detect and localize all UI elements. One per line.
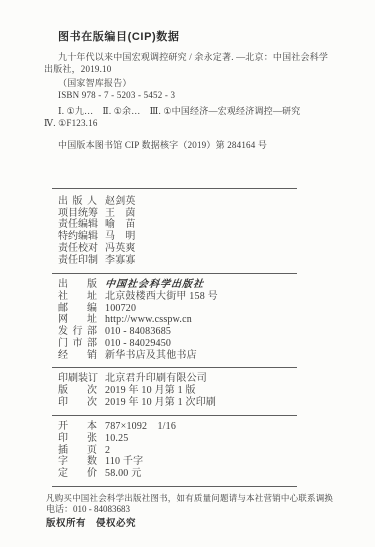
row-value: 赵剑英 xyxy=(105,196,136,208)
service-phone: 电话：010 - 84083683 xyxy=(46,504,375,516)
section-divider xyxy=(52,273,297,274)
row-label: 邮 编 xyxy=(58,303,97,315)
copyright-page: 图书在版编目(CIP)数据 九十年代以来中国宏观调控研究 / 余永定著. —北京… xyxy=(0,0,375,547)
publisher-logotype: 中国社会科学出版社 xyxy=(104,279,204,291)
publisher-row-address: 社 址 北京鼓楼西大街甲 158 号 xyxy=(58,291,375,303)
cip-description-line-2: 出版社，2019.10 xyxy=(44,63,375,75)
row-label: 出 版 xyxy=(58,279,97,291)
format-row-inserts: 插 页 2 xyxy=(58,445,375,457)
row-label: 字 数 xyxy=(58,456,97,468)
section-divider xyxy=(52,367,297,368)
row-label: 印 张 xyxy=(58,433,97,445)
quality-notice: 凡购买中国社会科学出版社图书，如有质量问题请与本社营销中心联系调换 电话：010… xyxy=(46,493,375,530)
row-value: 王 茵 xyxy=(105,208,136,220)
row-value: 58.00 元 xyxy=(105,468,141,480)
row-label: 印刷装订 xyxy=(58,373,97,385)
row-value: 2 xyxy=(105,445,110,457)
publisher-row-website: 网 址 http://www.csspw.cn xyxy=(58,314,375,326)
row-label: 出 版 人 xyxy=(58,196,97,208)
row-value: 北京鼓楼西大街甲 158 号 xyxy=(105,291,218,303)
credits-row-proofreader: 责任校对 冯英爽 xyxy=(58,243,375,255)
row-label: 社 址 xyxy=(58,291,97,303)
copyright-statement: 版权所有 侵权必究 xyxy=(46,518,375,530)
publisher-row-imprint: 出 版 中国社会科学出版社 xyxy=(58,279,375,291)
row-label: 经 销 xyxy=(58,350,97,362)
row-label: 插 页 xyxy=(58,445,97,457)
row-value: 787×1092 1/16 xyxy=(105,421,176,433)
row-label: 特约编辑 xyxy=(58,231,97,243)
section-divider xyxy=(52,415,297,416)
printing-row-edition: 版 次 2019 年 10 月第 1 版 xyxy=(58,385,375,397)
cip-header: 图书在版编目(CIP)数据 xyxy=(58,31,375,44)
row-value: 李寡寡 xyxy=(105,255,136,267)
format-row-word-count: 字 数 110 千字 xyxy=(58,456,375,468)
credits-section: 出 版 人 赵剑英 项目统筹 王 茵 责任编辑 喻 苗 特约编辑 马 明 责任校… xyxy=(0,196,375,266)
credits-row-special-editor: 特约编辑 马 明 xyxy=(58,231,375,243)
publisher-row-distributor: 经 销 新华书店及其他书店 xyxy=(58,350,375,362)
cip-classification-line-2: Ⅳ. ①F123.16 xyxy=(44,117,375,129)
format-row-trim-size: 开 本 787×1092 1/16 xyxy=(58,421,375,433)
cip-isbn: ISBN 978 - 7 - 5203 - 5452 - 3 xyxy=(58,89,375,101)
cip-description-line-1: 九十年代以来中国宏观调控研究 / 余永定著. —北京：中国社会科学 xyxy=(58,51,375,63)
row-value: 100720 xyxy=(105,303,136,315)
format-section: 开 本 787×1092 1/16 印 张 10.25 插 页 2 字 数 11… xyxy=(0,421,375,480)
format-row-sheets: 印 张 10.25 xyxy=(58,433,375,445)
row-value: 2019 年 10 月第 1 次印刷 xyxy=(105,397,216,409)
publisher-row-distribution-dept: 发 行 部 010 - 84083685 xyxy=(58,326,375,338)
section-divider xyxy=(52,486,297,487)
cip-series-note: （国家智库报告） xyxy=(58,77,375,89)
row-value: 2019 年 10 月第 1 版 xyxy=(105,385,196,397)
row-value: 新华书店及其他书店 xyxy=(105,350,197,362)
section-divider xyxy=(52,188,297,189)
cip-classification-line-1: Ⅰ. ①九… Ⅱ. ①余… Ⅲ. ①中国经济—宏观经济调控—研究 xyxy=(58,105,375,117)
printing-row-printer: 印刷装订 北京君升印刷有限公司 xyxy=(58,373,375,385)
credits-row-publisher-person: 出 版 人 赵剑英 xyxy=(58,196,375,208)
row-label: 项目统筹 xyxy=(58,208,97,220)
row-label: 门 市 部 xyxy=(58,338,97,350)
row-label: 责任编辑 xyxy=(58,219,97,231)
row-label: 印 次 xyxy=(58,397,97,409)
printing-section: 印刷装订 北京君升印刷有限公司 版 次 2019 年 10 月第 1 版 印 次… xyxy=(0,373,375,408)
row-value: 010 - 84029450 xyxy=(105,338,171,350)
format-row-price: 定 价 58.00 元 xyxy=(58,468,375,480)
row-value: 10.25 xyxy=(105,433,129,445)
publisher-section: 出 版 中国社会科学出版社 社 址 北京鼓楼西大街甲 158 号 邮 编 100… xyxy=(0,279,375,361)
row-label: 责任校对 xyxy=(58,243,97,255)
row-label: 定 价 xyxy=(58,468,97,480)
credits-row-responsible-editor: 责任编辑 喻 苗 xyxy=(58,219,375,231)
row-value: 110 千字 xyxy=(105,456,143,468)
cip-record-number: 中国版本图书馆 CIP 数据核字（2019）第 284164 号 xyxy=(58,139,375,151)
row-value: http://www.csspw.cn xyxy=(105,314,192,326)
row-value: 喻 苗 xyxy=(105,219,136,231)
row-label: 发 行 部 xyxy=(58,326,97,338)
credits-row-project-coordinator: 项目统筹 王 茵 xyxy=(58,208,375,220)
credits-row-print-supervisor: 责任印制 李寡寡 xyxy=(58,255,375,267)
publisher-row-postcode: 邮 编 100720 xyxy=(58,303,375,315)
row-value: 北京君升印刷有限公司 xyxy=(105,373,207,385)
row-label: 责任印制 xyxy=(58,255,97,267)
row-label: 网 址 xyxy=(58,314,97,326)
row-value: 马 明 xyxy=(105,231,136,243)
printing-row-impression: 印 次 2019 年 10 月第 1 次印刷 xyxy=(58,397,375,409)
row-value: 010 - 84083685 xyxy=(105,326,171,338)
row-label: 版 次 xyxy=(58,385,97,397)
quality-notice-text: 凡购买中国社会科学出版社图书，如有质量问题请与本社营销中心联系调换 xyxy=(46,493,375,505)
row-value: 冯英爽 xyxy=(105,243,136,255)
publisher-row-retail-dept: 门 市 部 010 - 84029450 xyxy=(58,338,375,350)
row-label: 开 本 xyxy=(58,421,97,433)
